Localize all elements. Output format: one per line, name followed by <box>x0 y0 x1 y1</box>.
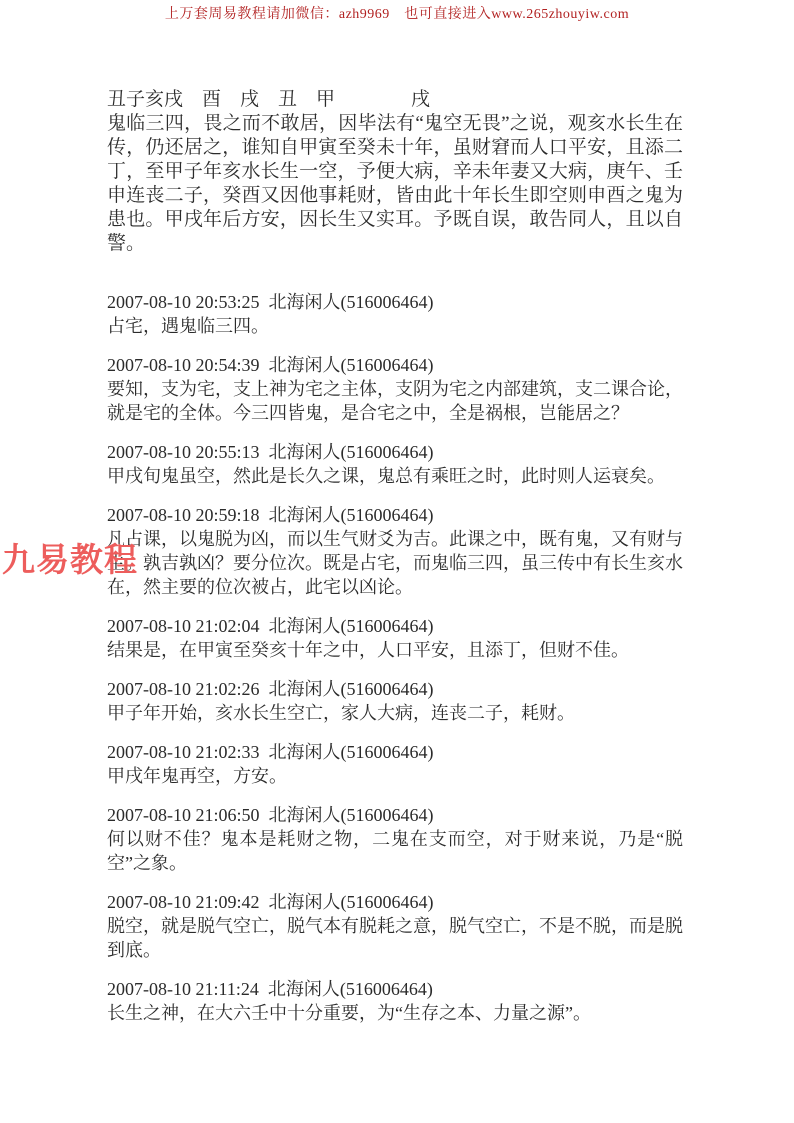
message-header: 2007-08-10 20:53:25北海闲人(516006464) <box>107 290 683 314</box>
message-header: 2007-08-10 21:02:26北海闲人(516006464) <box>107 677 683 701</box>
promo-header-text: 上万套周易教程请加微信：azh9969 也可直接进入www.265zhouyiw… <box>0 6 794 24</box>
chat-entry: 2007-08-10 21:11:24北海闲人(516006464) 长生之神，… <box>107 977 683 1025</box>
message-text: 要知，支为宅，支上神为宅之主体，支阴为宅之内部建筑，支二课合论，就是宅的全体。今… <box>107 377 683 425</box>
intro-paragraph: 鬼临三四，畏之而不敢居，因毕法有“鬼空无畏”之说，观亥水长生在传，仍还居之，谁知… <box>107 112 683 256</box>
message-author: 北海闲人(516006464) <box>269 355 434 375</box>
message-author: 北海闲人(516006464) <box>269 805 434 825</box>
message-timestamp: 2007-08-10 20:55:13 <box>107 442 260 462</box>
message-timestamp: 2007-08-10 21:09:42 <box>107 892 260 912</box>
message-header: 2007-08-10 20:55:13北海闲人(516006464) <box>107 440 683 464</box>
message-timestamp: 2007-08-10 21:02:33 <box>107 742 260 762</box>
message-text: 何以财不佳？鬼本是耗财之物，二鬼在支而空，对于财来说，乃是“脱空”之象。 <box>107 827 683 875</box>
message-header: 2007-08-10 21:11:24北海闲人(516006464) <box>107 977 683 1001</box>
chat-entry: 2007-08-10 21:02:26北海闲人(516006464) 甲子年开始… <box>107 677 683 725</box>
message-author: 北海闲人(516006464) <box>268 979 433 999</box>
message-author: 北海闲人(516006464) <box>269 679 434 699</box>
chat-entry: 2007-08-10 21:09:42北海闲人(516006464) 脱空，就是… <box>107 890 683 962</box>
message-timestamp: 2007-08-10 21:06:50 <box>107 805 260 825</box>
chat-entry: 2007-08-10 20:55:13北海闲人(516006464) 甲戌旬鬼虽… <box>107 440 683 488</box>
chat-entry: 2007-08-10 21:02:33北海闲人(516006464) 甲戌年鬼再… <box>107 740 683 788</box>
message-header: 2007-08-10 21:02:04北海闲人(516006464) <box>107 614 683 638</box>
message-text: 甲戌旬鬼虽空，然此是长久之课，鬼总有乘旺之时，此时则人运衰矣。 <box>107 464 683 488</box>
message-text: 长生之神，在大六壬中十分重要，为“生存之本、力量之源”。 <box>107 1001 683 1025</box>
message-header: 2007-08-10 21:06:50北海闲人(516006464) <box>107 803 683 827</box>
message-author: 北海闲人(516006464) <box>269 442 434 462</box>
message-author: 北海闲人(516006464) <box>269 892 434 912</box>
document-page: 上万套周易教程请加微信：azh9969 也可直接进入www.265zhouyiw… <box>0 0 794 1123</box>
message-author: 北海闲人(516006464) <box>269 292 434 312</box>
message-text: 甲戌年鬼再空，方安。 <box>107 764 683 788</box>
chat-entry: 2007-08-10 20:59:18北海闲人(516006464) 凡占课，以… <box>107 503 683 599</box>
message-header: 2007-08-10 21:02:33北海闲人(516006464) <box>107 740 683 764</box>
message-timestamp: 2007-08-10 21:02:04 <box>107 616 260 636</box>
chat-entry: 2007-08-10 21:06:50北海闲人(516006464) 何以财不佳… <box>107 803 683 875</box>
chat-entry: 2007-08-10 20:53:25北海闲人(516006464) 占宅，遇鬼… <box>107 290 683 338</box>
message-text: 脱空，就是脱气空亡，脱气本有脱耗之意，脱气空亡，不是不脱，而是脱到底。 <box>107 914 683 962</box>
chat-entry: 2007-08-10 21:02:04北海闲人(516006464) 结果是，在… <box>107 614 683 662</box>
message-timestamp: 2007-08-10 21:11:24 <box>107 979 259 999</box>
message-timestamp: 2007-08-10 20:54:39 <box>107 355 260 375</box>
chat-entry: 2007-08-10 20:54:39北海闲人(516006464) 要知，支为… <box>107 353 683 425</box>
liuren-plate-line: 丑子亥戌 酉 戌 丑 甲 戌 <box>107 88 683 112</box>
message-text: 甲子年开始，亥水长生空亡，家人大病，连丧二子，耗财。 <box>107 701 683 725</box>
message-timestamp: 2007-08-10 21:02:26 <box>107 679 260 699</box>
message-header: 2007-08-10 20:59:18北海闲人(516006464) <box>107 503 683 527</box>
message-header: 2007-08-10 21:09:42北海闲人(516006464) <box>107 890 683 914</box>
message-timestamp: 2007-08-10 20:53:25 <box>107 292 260 312</box>
message-author: 北海闲人(516006464) <box>269 742 434 762</box>
watermark: 九易教程 <box>2 541 138 579</box>
message-text: 结果是，在甲寅至癸亥十年之中，人口平安，且添丁，但财不佳。 <box>107 638 683 662</box>
message-text: 占宅，遇鬼临三四。 <box>107 314 683 338</box>
message-header: 2007-08-10 20:54:39北海闲人(516006464) <box>107 353 683 377</box>
message-author: 北海闲人(516006464) <box>269 616 434 636</box>
message-timestamp: 2007-08-10 20:59:18 <box>107 505 260 525</box>
message-author: 北海闲人(516006464) <box>269 505 434 525</box>
chat-message-list: 2007-08-10 20:53:25北海闲人(516006464) 占宅，遇鬼… <box>107 290 683 1025</box>
message-text: 凡占课，以鬼脱为凶，而以生气财爻为吉。此课之中，既有鬼，又有财与生。孰吉孰凶？要… <box>107 527 683 599</box>
document-body: 丑子亥戌 酉 戌 丑 甲 戌 鬼临三四，畏之而不敢居，因毕法有“鬼空无畏”之说，… <box>107 88 683 1040</box>
